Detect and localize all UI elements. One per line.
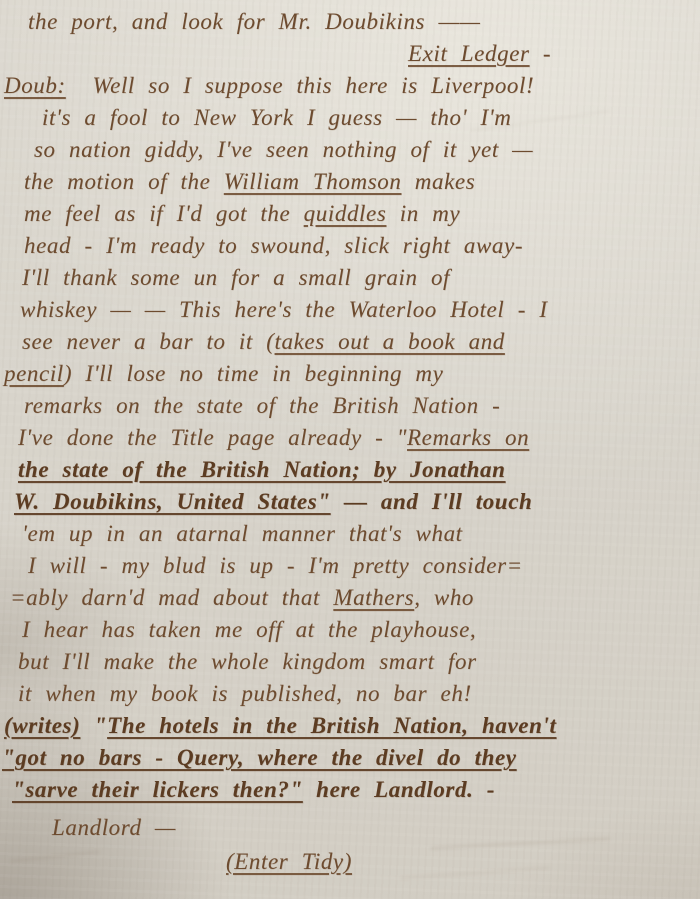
manuscript-line: pencil) I'll lose no time in beginning m… — [0, 358, 700, 390]
underlined-handwriting: the state of the British Nation; by Jona… — [18, 457, 506, 482]
handwriting: =ably darn'd mad about that — [10, 585, 333, 610]
manuscript-line: me feel as if I'd got the quiddles in my — [0, 198, 700, 230]
underlined-handwriting: (Enter Tidy) — [226, 849, 352, 874]
handwriting: the motion of the — [24, 169, 224, 194]
underlined-handwriting: (writes) — [4, 713, 80, 738]
handwriting: head - I'm ready to swound, slick right … — [24, 233, 523, 258]
handwriting: Well so I suppose this here is Liverpool… — [66, 73, 535, 98]
manuscript-line: Exit Ledger - — [0, 38, 700, 70]
handwriting: it's a fool to New York I guess — tho' I… — [42, 105, 511, 130]
underlined-handwriting: Doub: — [4, 73, 66, 98]
manuscript-line: (Enter Tidy) — [0, 846, 700, 878]
underlined-handwriting: Remarks on — [407, 425, 529, 450]
handwriting: in my — [386, 201, 460, 226]
manuscript-line: (writes) "The hotels in the British Nati… — [0, 710, 700, 742]
manuscript-line: the motion of the William Thomson makes — [0, 166, 700, 198]
handwriting: I'll thank some un for a small grain of — [22, 265, 450, 290]
manuscript-line: I hear has taken me off at the playhouse… — [0, 614, 700, 646]
handwriting: so nation giddy, I've seen nothing of it… — [34, 137, 533, 162]
handwriting: ) I'll lose no time in beginning my — [64, 361, 444, 386]
underlined-handwriting: pencil — [4, 361, 64, 386]
handwriting: , who — [414, 585, 474, 610]
handwriting: I've done the Title page already - " — [18, 425, 407, 450]
handwriting: here Landlord. - — [303, 777, 495, 802]
manuscript-line: =ably darn'd mad about that Mathers, who — [0, 582, 700, 614]
handwriting: I hear has taken me off at the playhouse… — [22, 617, 476, 642]
manuscript-line: the state of the British Nation; by Jona… — [0, 454, 700, 486]
manuscript-line: so nation giddy, I've seen nothing of it… — [0, 134, 700, 166]
handwriting: remarks on the state of the British Nati… — [24, 393, 500, 418]
underlined-handwriting: takes out a book and — [275, 329, 505, 354]
manuscript-line: head - I'm ready to swound, slick right … — [0, 230, 700, 262]
manuscript-line: I will - my blud is up - I'm pretty cons… — [0, 550, 700, 582]
handwriting: the port, and look for Mr. Doubikins —— — [28, 9, 481, 34]
manuscript-line: whiskey — — This here's the Waterloo Hot… — [0, 294, 700, 326]
manuscript-line: remarks on the state of the British Nati… — [0, 390, 700, 422]
underlined-handwriting: Exit Ledger — [408, 41, 530, 66]
manuscript-line: I've done the Title page already - "Rema… — [0, 422, 700, 454]
underlined-handwriting: The hotels in the British Nation, haven'… — [107, 713, 556, 738]
handwriting: whiskey — — This here's the Waterloo Hot… — [20, 297, 548, 322]
manuscript-line: "got no bars - Query, where the divel do… — [0, 742, 700, 774]
manuscript-line: but I'll make the whole kingdom smart fo… — [0, 646, 700, 678]
manuscript-line: "sarve their lickers then?" here Landlor… — [0, 774, 700, 806]
manuscript-line: it when my book is published, no bar eh! — [0, 678, 700, 710]
underlined-handwriting: William Thomson — [224, 169, 402, 194]
handwriting: - — [530, 41, 552, 66]
handwriting: see never a bar to it ( — [22, 329, 275, 354]
underlined-handwriting: "got no bars - Query, where the divel do… — [2, 745, 517, 770]
handwriting: it when my book is published, no bar eh! — [18, 681, 472, 706]
manuscript-line: I'll thank some un for a small grain of — [0, 262, 700, 294]
underlined-handwriting: W. Doubikins, United States" — [14, 489, 331, 514]
handwriting: I will - my blud is up - I'm pretty cons… — [28, 553, 523, 578]
underlined-handwriting: "sarve their lickers then?" — [12, 777, 303, 802]
manuscript-line: Landlord — — [0, 812, 700, 844]
underlined-handwriting: quiddles — [304, 201, 387, 226]
handwriting: " — [80, 713, 107, 738]
manuscript-line: 'em up in an atarnal manner that's what — [0, 518, 700, 550]
manuscript-line: W. Doubikins, United States" — and I'll … — [0, 486, 700, 518]
handwriting: 'em up in an atarnal manner that's what — [22, 521, 463, 546]
underlined-handwriting: Mathers — [333, 585, 414, 610]
manuscript-line: it's a fool to New York I guess — tho' I… — [0, 102, 700, 134]
manuscript-line: see never a bar to it (takes out a book … — [0, 326, 700, 358]
manuscript-page: the port, and look for Mr. Doubikins ——E… — [0, 0, 700, 899]
manuscript-line: Doub: Well so I suppose this here is Liv… — [0, 70, 700, 102]
handwriting: — and I'll touch — [331, 489, 533, 514]
manuscript-line: the port, and look for Mr. Doubikins —— — [0, 6, 700, 38]
handwriting: but I'll make the whole kingdom smart fo… — [18, 649, 477, 674]
handwriting: makes — [401, 169, 475, 194]
handwriting: Landlord — — [52, 815, 176, 840]
handwriting: me feel as if I'd got the — [24, 201, 304, 226]
manuscript-lines: the port, and look for Mr. Doubikins ——E… — [0, 0, 700, 878]
